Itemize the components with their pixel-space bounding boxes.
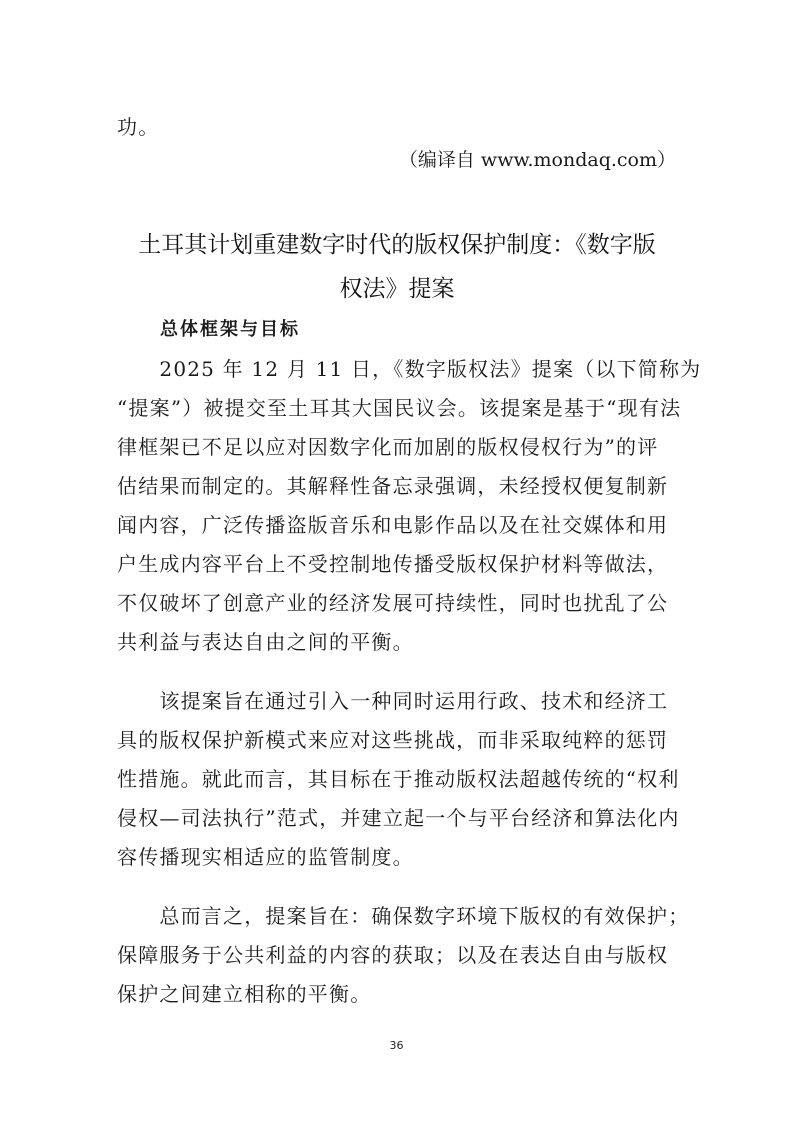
source-attribution: （编译自 www.mondaq.com） (117, 146, 676, 174)
section-subheading: 总体框架与目标 (160, 317, 300, 343)
body-line: 律框架已不足以应对因数字化而加剧的版权侵权行为”的评 (117, 433, 677, 461)
body-line: 侵权—司法执行”范式，并建立起一个与平台经济和算法化内 (117, 804, 677, 832)
body-line: 具的版权保护新模式来应对这些挑战，而非采取纯粹的惩罚 (117, 726, 677, 754)
page-number: 36 (0, 1039, 793, 1053)
body-line: 总而言之，提案旨在：确保数字环境下版权的有效保护； (117, 902, 677, 930)
continuation-text: 功。 (117, 113, 677, 141)
document-page: 功。 （编译自 www.mondaq.com） 土耳其计划重建数字时代的版权保护… (0, 0, 793, 1122)
body-line: 容传播现实相适应的监管制度。 (117, 843, 677, 871)
body-line: 保障服务于公共利益的内容的获取；以及在表达自由与版权 (117, 941, 677, 969)
body-line: 共利益与表达自由之间的平衡。 (117, 628, 677, 656)
body-line: 户生成内容平台上不受控制地传播受版权保护材料等做法， (117, 550, 677, 578)
article-title-line-1: 土耳其计划重建数字时代的版权保护制度：《数字版 (117, 229, 677, 261)
body-line: 保护之间建立相称的平衡。 (117, 980, 677, 1008)
body-line: 不仅破坏了创意产业的经济发展可持续性，同时也扰乱了公 (117, 589, 677, 617)
body-line: 闻内容，广泛传播盗版音乐和电影作品以及在社交媒体和用 (117, 511, 677, 539)
body-line: 性措施。就此而言，其目标在于推动版权法超越传统的“权利 (117, 765, 677, 793)
article-title-line-2: 权法》提案 (117, 273, 677, 305)
body-line: 该提案旨在通过引入一种同时运用行政、技术和经济工 (117, 687, 677, 715)
body-line: “提案”）被提交至土耳其大国民议会。该提案是基于“现有法 (117, 394, 677, 422)
body-line: 估结果而制定的。其解释性备忘录强调，未经授权便复制新 (117, 472, 677, 500)
body-line: 2025 年 12 月 11 日，《数字版权法》提案（以下简称为 (117, 355, 677, 383)
